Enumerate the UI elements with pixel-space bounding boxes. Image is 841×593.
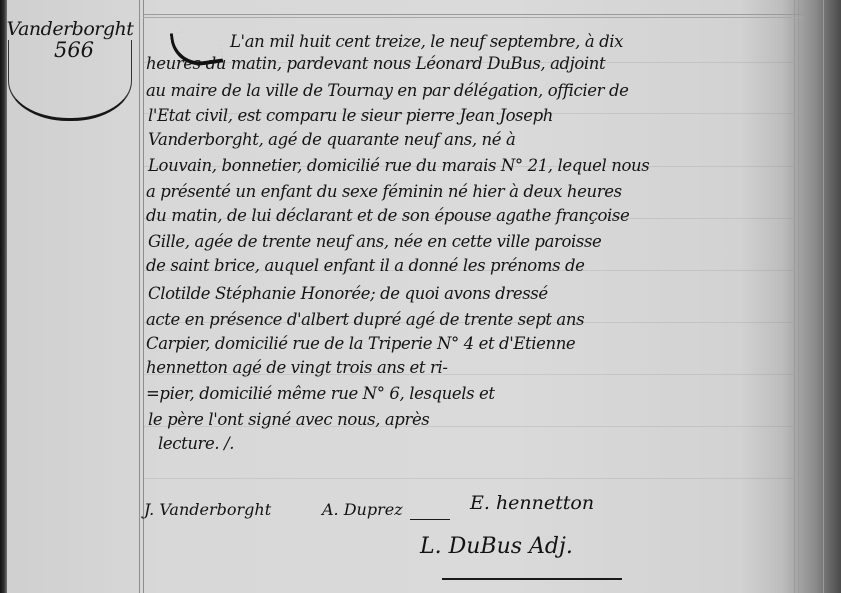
body-line: acte en présence d'albert dupré agé de t… [146,310,584,329]
margin-rule-outer [139,0,140,593]
signature-underline [442,578,622,580]
signature-witness-1: A. Duprez [322,500,403,519]
body-line: =pier, domicilié même rue N° 6, lesquels… [146,384,495,403]
body-line: heures du matin, pardevant nous Léonard … [146,54,605,73]
right-rule-3 [823,0,824,593]
scanned-page: Vanderborght 566 L'an mil huit cent trei… [0,0,841,593]
signature-witness-2: E. hennetton [470,492,594,514]
ruled-line [143,478,793,479]
margin-surname: Vanderborght [0,18,144,40]
body-line: Carpier, domicilié rue de la Triperie N°… [146,334,575,353]
right-rule-2 [798,0,799,593]
body-line: le père l'ont signé avec nous, après [148,410,429,429]
body-line: L'an mil huit cent treize, le neuf septe… [230,32,623,51]
page-binding-edge [0,0,7,593]
body-line: de saint brice, auquel enfant il a donné… [146,256,585,275]
body-line: Vanderborght, agé de quarante neuf ans, … [148,130,515,149]
body-line: a présenté un enfant du sexe féminin né … [146,182,622,201]
margin-flourish [8,40,132,121]
body-line: Louvain, bonnetier, domicilié rue du mar… [148,156,649,175]
body-line: l'Etat civil, est comparu le sieur pierr… [148,106,553,125]
right-rule-1 [794,0,795,593]
signature-father: J. Vanderborght [144,500,271,519]
signature-officer: L. DuBus Adj. [420,534,573,559]
body-line: hennetton agé de vingt trois ans et ri- [146,358,448,377]
body-line: lecture. /. [158,434,234,453]
body-line: Clotilde Stéphanie Honorée; de quoi avon… [148,284,548,303]
body-line: au maire de la ville de Tournay en par d… [146,81,629,100]
top-rule [143,14,803,18]
body-line: du matin, de lui déclarant et de son épo… [146,206,629,225]
signature-underline [410,519,450,520]
body-line: Gille, agée de trente neuf ans, née en c… [148,232,601,251]
